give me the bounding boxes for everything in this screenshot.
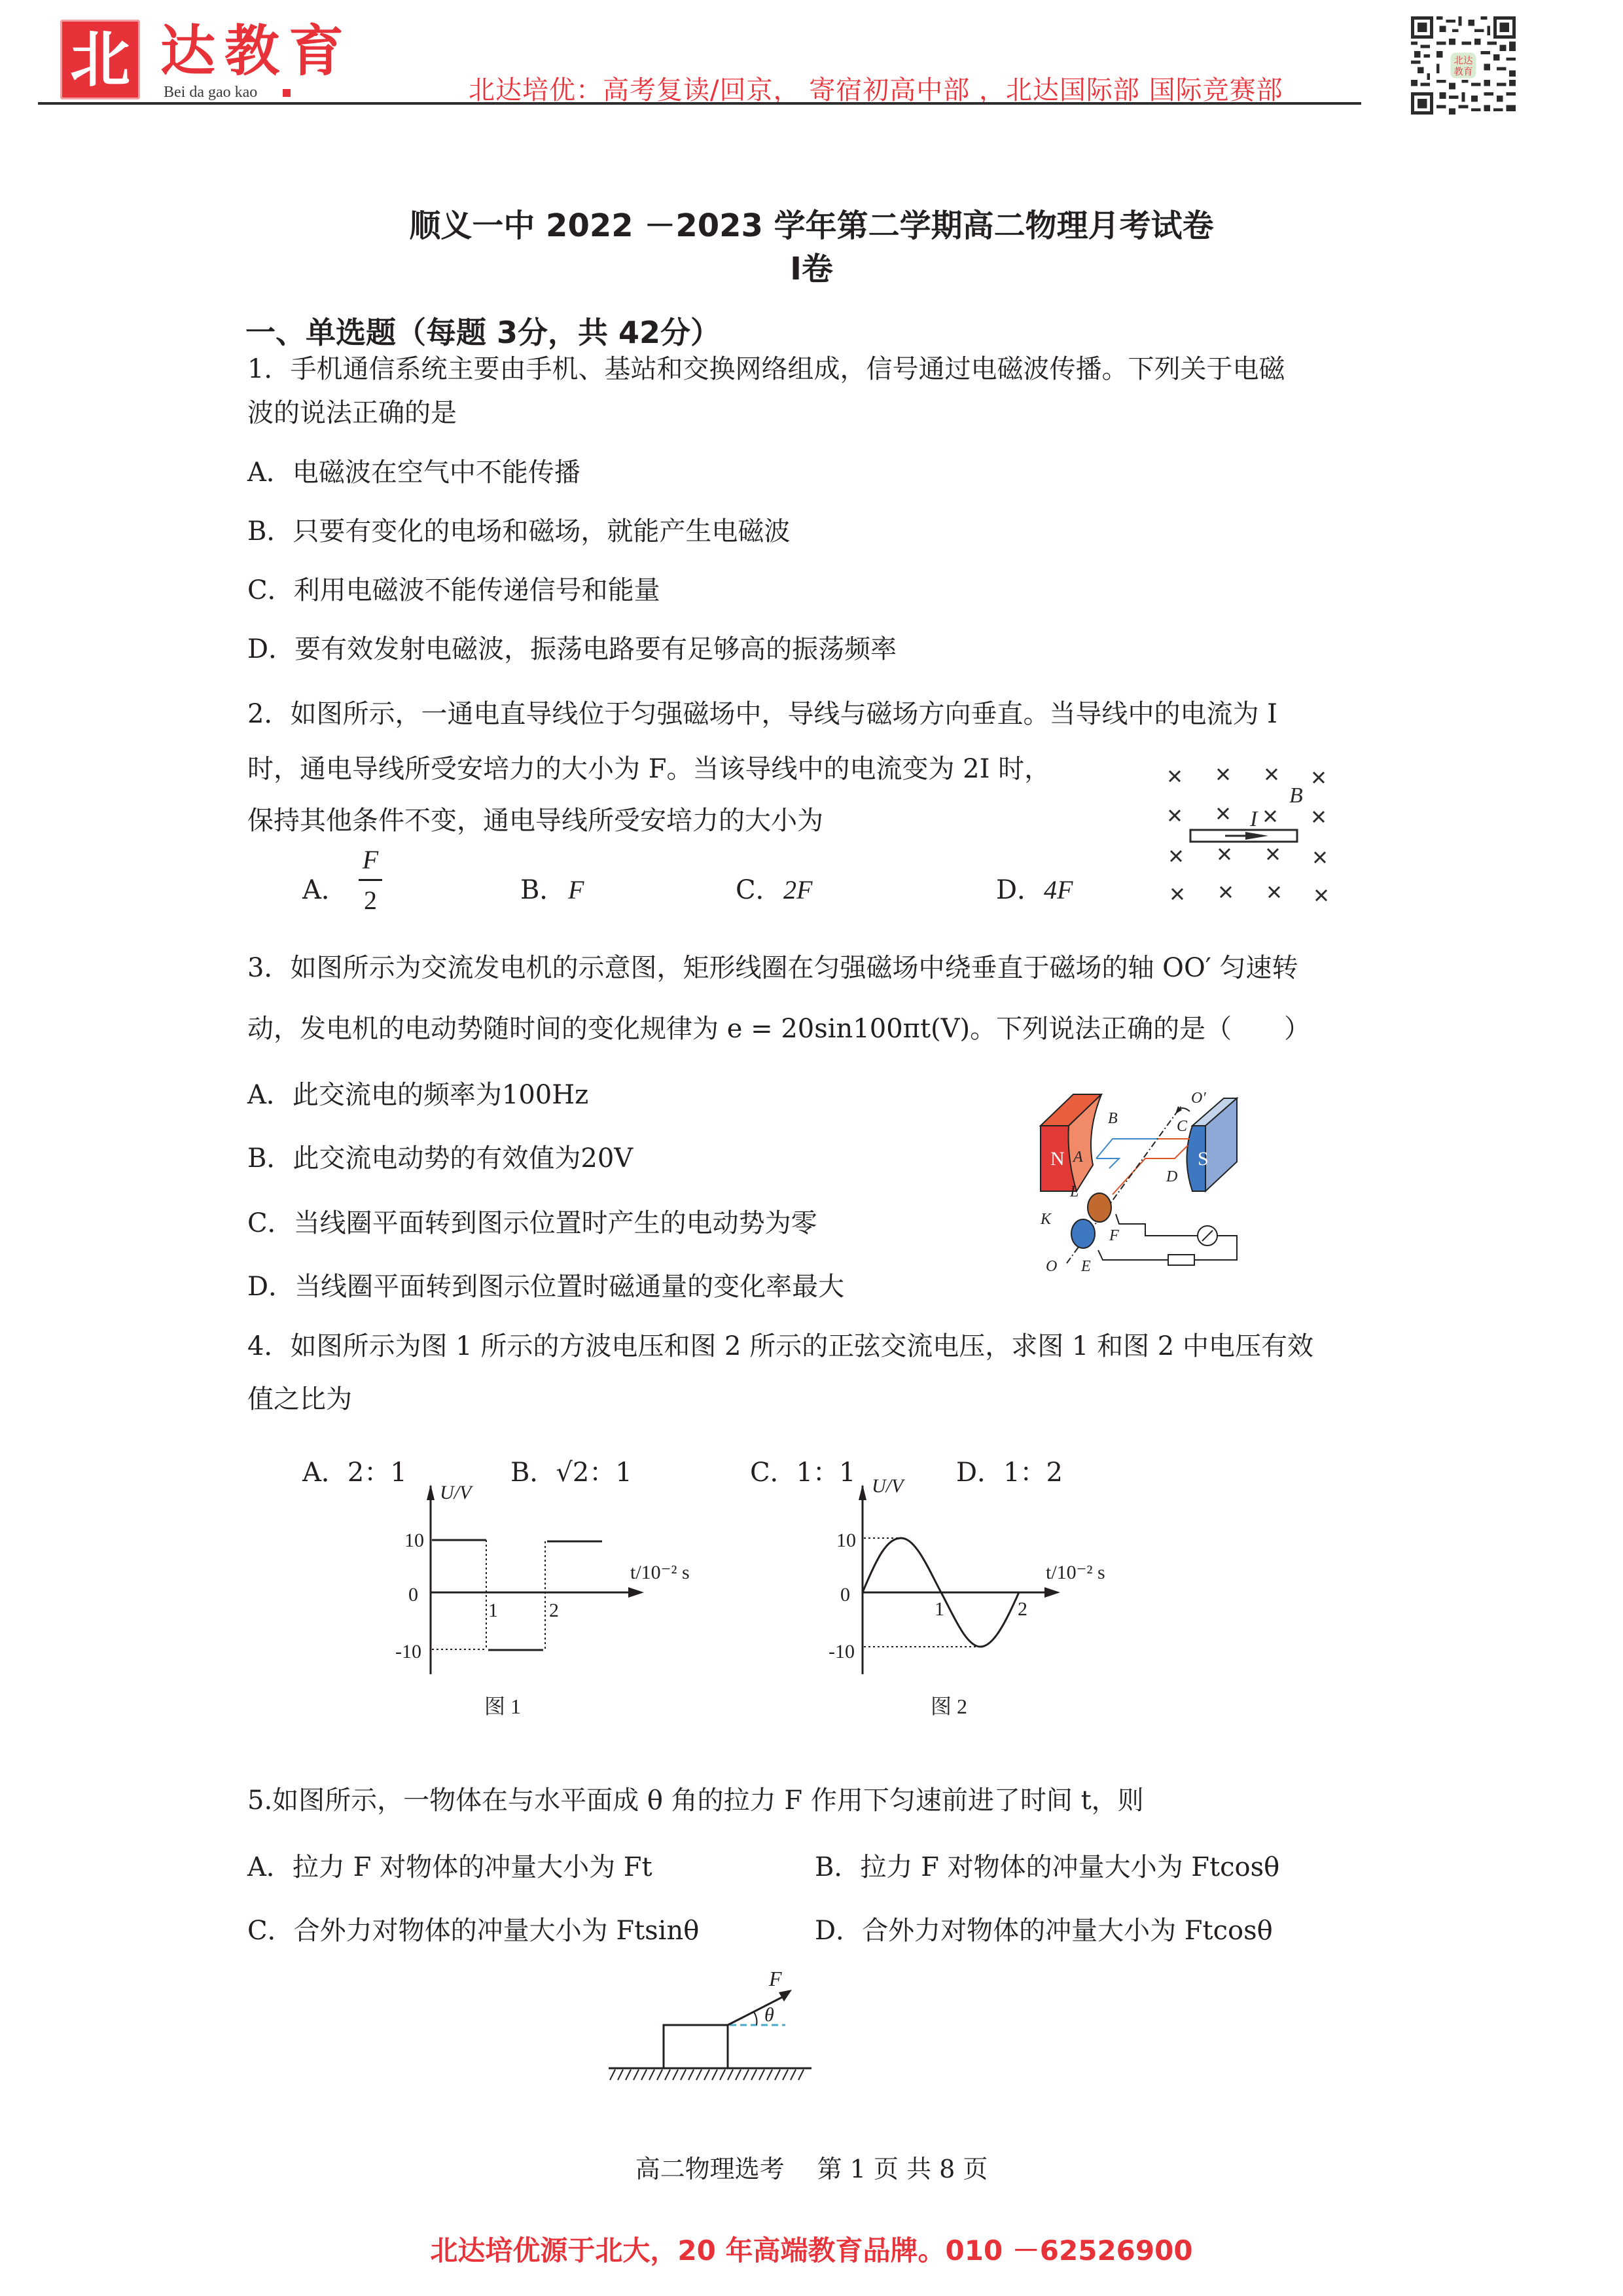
option-a-fraction: F 2 [359,844,382,916]
force-diagram: F θ [589,1964,864,2094]
svg-text:F: F [768,1967,782,1990]
svg-text:教育: 教育 [1454,66,1473,78]
field-label: B [1289,783,1303,808]
chart-sine-wave: U/V t/10⁻² s 10 0 -10 1 2 图 2 [811,1473,1178,1734]
question-text: 保持其他条件不变，通电导线所受安培力的大小为 [247,808,823,834]
svg-text:U/V: U/V [872,1475,906,1497]
header-divider [38,102,1361,105]
qr-code-icon: 北达 教育 [1410,16,1516,115]
logo-square-icon [283,89,291,97]
svg-text:A: A [1072,1149,1083,1166]
svg-text:10: 10 [836,1530,856,1551]
svg-text:t/10⁻² s: t/10⁻² s [1046,1562,1105,1583]
option-b: B．只要有变化的电场和磁场，就能产生电磁波 [247,518,790,545]
option-b-label: B． [520,877,565,903]
svg-text:B: B [1108,1110,1118,1127]
question-text: 值之比为 [247,1386,352,1412]
fraction-denominator: 2 [364,886,377,915]
svg-text:θ: θ [764,2004,774,2026]
svg-text:0: 0 [408,1584,418,1605]
question-text: 5.如图所示，一物体在与水平面成 θ 角的拉力 F 作用下匀速前进了时间 t，则 [247,1787,1144,1814]
option-c-value: 2F [783,877,812,903]
option-d-label: D． [996,877,1043,903]
option-b-value: F [568,877,584,903]
current-label: I [1249,807,1258,831]
force-arrow-icon [728,1996,784,2025]
svg-text:2: 2 [549,1600,559,1621]
brand-footer: 北达培优源于北大，20 年高端教育品牌。010 －62526900 [0,2229,1623,2269]
option-a: A．拉力 F 对物体的冲量大小为 Ft [247,1854,652,1880]
svg-text:t/10⁻² s: t/10⁻² s [630,1562,690,1583]
block [664,2025,728,2068]
svg-text:0: 0 [840,1584,850,1605]
option-a: A．此交流电的频率为100Hz [247,1082,588,1108]
option-a-label: A． [302,877,348,903]
svg-text:D: D [1166,1168,1177,1185]
logo-seal: 北 [60,20,140,99]
svg-text:北达: 北达 [1454,56,1474,67]
option-a: A．电磁波在空气中不能传播 [247,459,580,486]
question-text: 1．手机通信系统主要由手机、基站和交换网络组成，信号通过电磁波传播。下列关于电磁 [247,356,1285,382]
fraction-bar [359,879,382,881]
option-d-value: 4F [1044,877,1073,903]
option-c-label: C． [736,877,782,903]
question-text: 波的说法正确的是 [247,400,457,426]
chart-square-wave: U/V t/10⁻² s 10 0 -10 1 2 图 1 [380,1473,746,1734]
svg-text:C: C [1177,1118,1188,1135]
exam-subtitle: Ⅰ卷 [0,243,1623,289]
option-d: D．当线圈平面转到图示位置时磁通量的变化率最大 [247,1274,844,1300]
logo-text: 达教育 [160,24,353,79]
option-d: D．合外力对物体的冲量大小为 Ftcosθ [815,1918,1273,1944]
ac-generator-figure: N S A B C D L K F O E O′ [1021,1067,1243,1276]
svg-text:-10: -10 [829,1641,855,1662]
question-text: 动，发电机的电动势随时间的变化规律为 e = 20sin100πt(V)。下列说… [247,1016,1310,1042]
svg-text:O: O [1046,1258,1057,1275]
option-b: B．此交流电动势的有效值为20V [247,1145,633,1172]
svg-text:2: 2 [1018,1598,1027,1620]
question-text: 时，通电导线所受安培力的大小为 F。当该导线中的电流变为 2I 时， [247,756,1050,782]
svg-text:E: E [1080,1258,1091,1275]
option-c: C．利用电磁波不能传递信号和能量 [247,577,660,603]
svg-text:L: L [1069,1183,1079,1200]
section-heading: 一、单选题（每题 3分，共 42分） [245,309,721,352]
svg-text:图 1: 图 1 [484,1695,521,1718]
svg-text:1: 1 [488,1600,498,1621]
svg-text:-10: -10 [395,1641,421,1662]
magnetic-field-figure: I B [1158,753,1335,903]
svg-text:1: 1 [935,1598,944,1620]
option-b: B．拉力 F 对物体的冲量大小为 Ftcosθ [815,1854,1279,1880]
exam-title: 顺义一中 2022 －2023 学年第二学期高二物理月考试卷 [0,200,1623,245]
svg-text:O′: O′ [1191,1090,1206,1107]
option-d: D．要有效发射电磁波，振荡电路要有足够高的振荡频率 [247,636,897,662]
svg-text:F: F [1109,1227,1119,1244]
logo-seal-char: 北 [60,20,140,99]
page-footer: 高二物理选考 第 1 页 共 8 页 [0,2149,1623,2185]
north-label: N [1050,1148,1065,1170]
svg-text:K: K [1040,1211,1052,1228]
south-label: S [1198,1148,1209,1170]
question-text: 2．如图所示，一通电直导线位于匀强磁场中，导线与磁场方向垂直。当导线中的电流为 … [247,701,1277,727]
svg-text:U/V: U/V [440,1482,474,1503]
svg-text:图 2: 图 2 [931,1695,967,1718]
svg-text:10: 10 [404,1530,424,1551]
option-c: C．当线圈平面转到图示位置时产生的电动势为零 [247,1210,817,1236]
logo-subtitle: Bei da gao kao [164,84,257,101]
fraction-numerator: F [363,845,378,874]
question-text: 3．如图所示为交流发电机的示意图，矩形线圈在匀强磁场中绕垂直于磁场的轴 OO′ … [247,955,1298,981]
header-slogan: 北达培优：高考复读/回京， 寄宿初高中部 ，北达国际部 国际竞赛部 [469,69,1283,107]
ground-hatch [610,2070,804,2080]
question-text: 4．如图所示为图 1 所示的方波电压和图 2 所示的正弦交流电压，求图 1 和图… [247,1333,1313,1359]
option-c: C．合外力对物体的冲量大小为 Ftsinθ [247,1918,699,1944]
